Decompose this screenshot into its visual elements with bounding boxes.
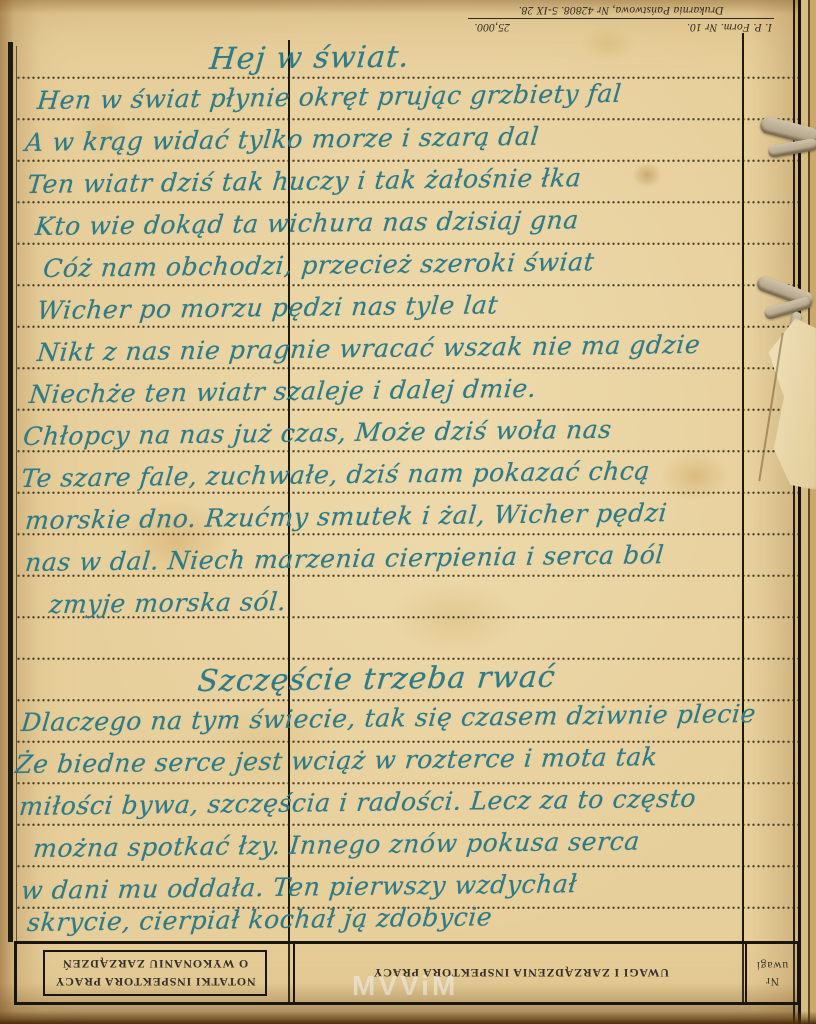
- notebook-page: I. P. Form. Nr 10. 25,000. Drukarnia Pań…: [0, 0, 816, 1024]
- notes-header-cell: NOTATKI INSPEKTORA PRACY O WYKONANIU ZAR…: [17, 944, 293, 1002]
- handwriting-title: Hej w świat.: [208, 40, 411, 77]
- number-header-cell: Nr uwagi: [747, 944, 797, 1002]
- column-rule-right: [742, 33, 744, 1005]
- left-margin-rule: [8, 42, 13, 942]
- archive-watermark: MVViM: [352, 970, 458, 1002]
- number-header-line2: uwagi: [756, 957, 788, 973]
- notes-header-line1: NOTATKI INSPEKTORA PRACY: [55, 973, 256, 991]
- binding-edge-strip: [801, 0, 816, 1024]
- printer-credit-label: Drukarnia Państwowa, Nr 42808. 5-IX 28.: [468, 4, 774, 16]
- left-margin-rule-thin: [16, 46, 17, 942]
- print-run-label: 25,000.: [474, 21, 510, 33]
- handwriting-title: Szczęście trzeba rwać: [196, 660, 557, 699]
- handwriting-line: skrycie, cierpiał kochał ją zdobycie: [26, 902, 494, 937]
- handwriting-line: Wicher po morzu pędzi nas tyle lat: [36, 290, 500, 325]
- notes-header-frame: NOTATKI INSPEKTORA PRACY O WYKONANIU ZAR…: [43, 950, 268, 996]
- notes-header-line2: O WYKONANIU ZARZĄDZEŃ: [55, 955, 256, 973]
- form-number-label: I. P. Form. Nr 10.: [687, 21, 772, 33]
- number-header-line1: Nr: [756, 973, 788, 989]
- printed-imprint: I. P. Form. Nr 10. 25,000. Drukarnia Pań…: [468, 4, 774, 33]
- page-bottom-edge: [0, 1011, 816, 1024]
- handwriting-line: zmyje morska sól.: [48, 587, 288, 619]
- handwriting-line: Niechże ten wiatr szaleje i dalej dmie.: [28, 374, 538, 409]
- imprint-separator: [468, 18, 774, 19]
